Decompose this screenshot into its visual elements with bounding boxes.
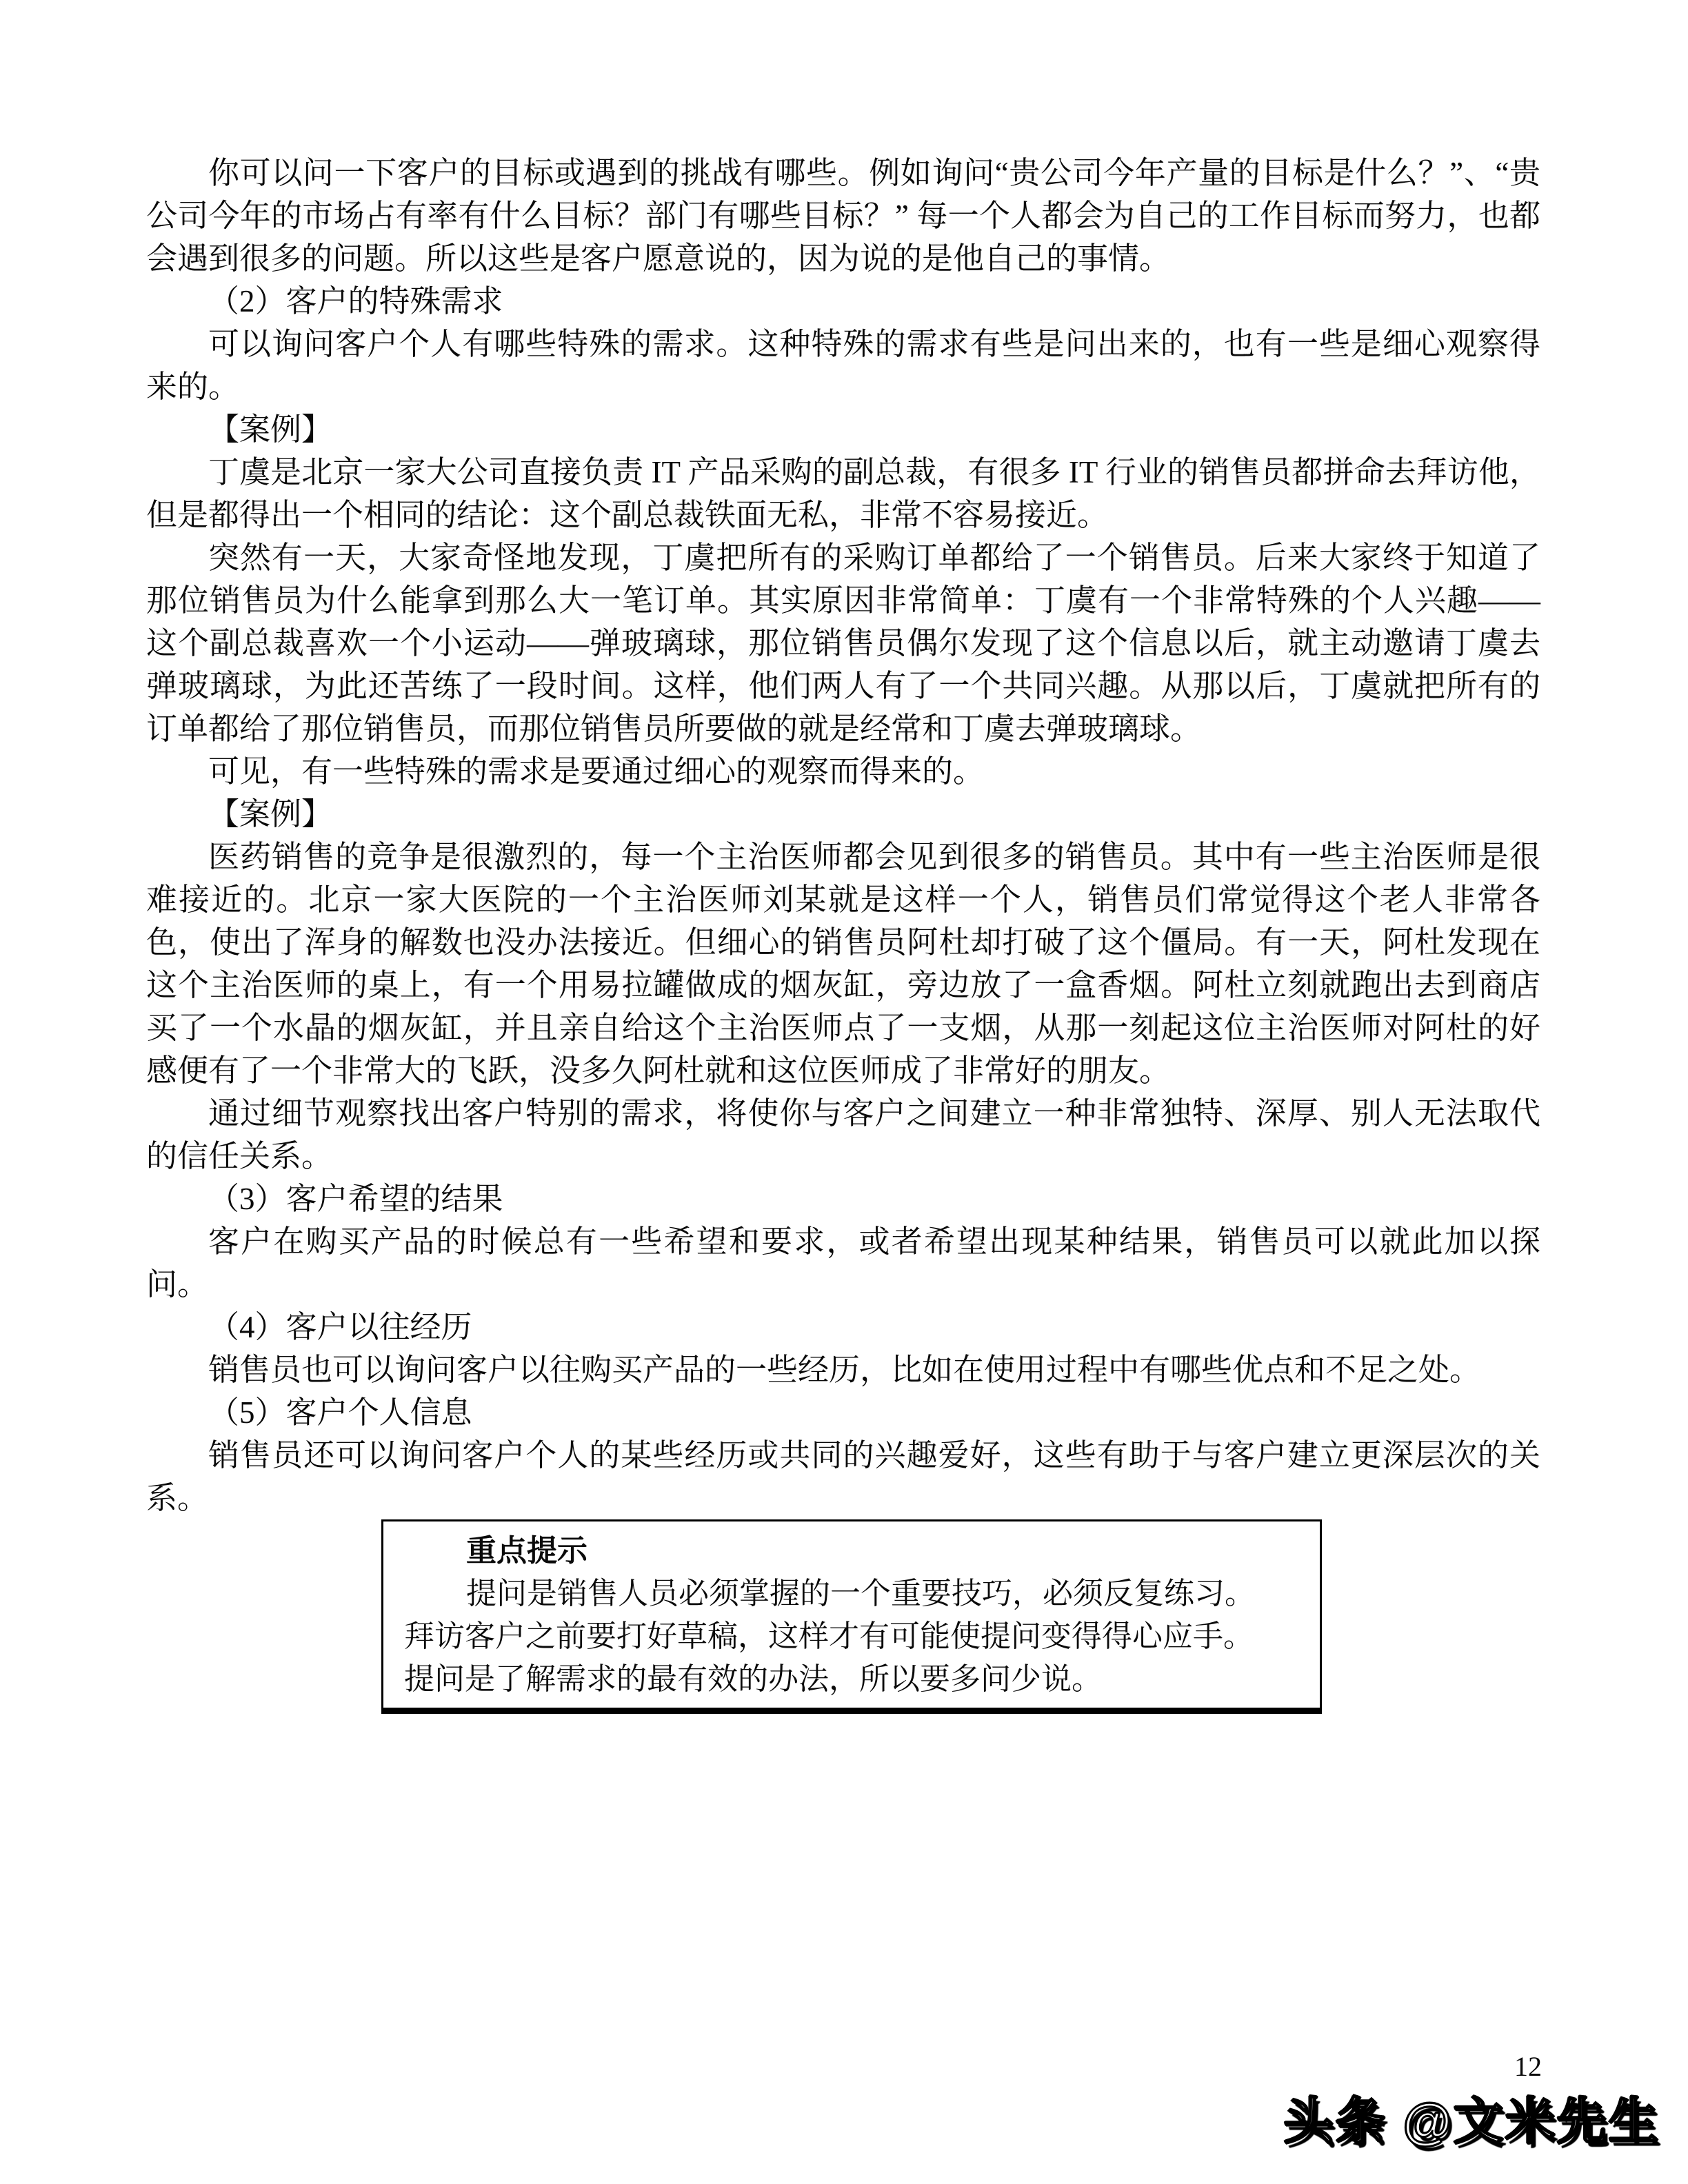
paragraph: 销售员也可以询问客户以往购买产品的一些经历，比如在使用过程中有哪些优点和不足之处…	[146, 1348, 1540, 1391]
paragraph: 医药销售的竞争是很激烈的，每一个主治医师都会见到很多的销售员。其中有一些主治医师…	[146, 836, 1540, 1092]
paragraph: 突然有一天，大家奇怪地发现，丁虞把所有的采购订单都给了一个销售员。后来大家终于知…	[146, 536, 1540, 750]
paragraph: 通过细节观察找出客户特别的需求，将使你与客户之间建立一种非常独特、深厚、别人无法…	[146, 1092, 1540, 1177]
watermark: 头条 @文米先生	[1284, 2094, 1660, 2150]
section-heading: （5）客户个人信息	[146, 1391, 1540, 1434]
section-heading: （2）客户的特殊需求	[146, 280, 1540, 323]
paragraph: 销售员还可以询问客户个人的某些经历或共同的兴趣爱好，这些有助于与客户建立更深层次…	[146, 1434, 1540, 1519]
document-page: { "document": { "blocks": [ {"type":"par…	[0, 0, 1688, 2184]
paragraph: 你可以问一下客户的目标或遇到的挑战有哪些。例如询问“贵公司今年产量的目标是什么？…	[146, 152, 1540, 280]
tip-box-body: 提问是销售人员必须掌握的一个重要技巧，必须反复练习。 拜访客户之前要打好草稿，这…	[404, 1573, 1299, 1701]
section-heading: （3）客户希望的结果	[146, 1177, 1540, 1220]
paragraph: 客户在购买产品的时候总有一些希望和要求，或者希望出现某种结果，销售员可以就此加以…	[146, 1220, 1540, 1306]
document-body: 你可以问一下客户的目标或遇到的挑战有哪些。例如询问“贵公司今年产量的目标是什么？…	[146, 152, 1540, 1714]
paragraph: 丁虞是北京一家大公司直接负责 IT 产品采购的副总裁，有很多 IT 行业的销售员…	[146, 451, 1540, 536]
case-label: 【案例】	[146, 793, 1540, 836]
section-heading: （4）客户以往经历	[146, 1306, 1540, 1348]
paragraph: 可以询问客户个人有哪些特殊的需求。这种特殊的需求有些是问出来的，也有一些是细心观…	[146, 323, 1540, 408]
case-label: 【案例】	[146, 408, 1540, 451]
tip-box-title: 重点提示	[404, 1530, 1299, 1573]
tip-box: 重点提示 提问是销售人员必须掌握的一个重要技巧，必须反复练习。 拜访客户之前要打…	[381, 1519, 1322, 1714]
page-number: 12	[1514, 2052, 1542, 2082]
paragraph: 可见，有一些特殊的需求是要通过细心的观察而得来的。	[146, 750, 1540, 793]
